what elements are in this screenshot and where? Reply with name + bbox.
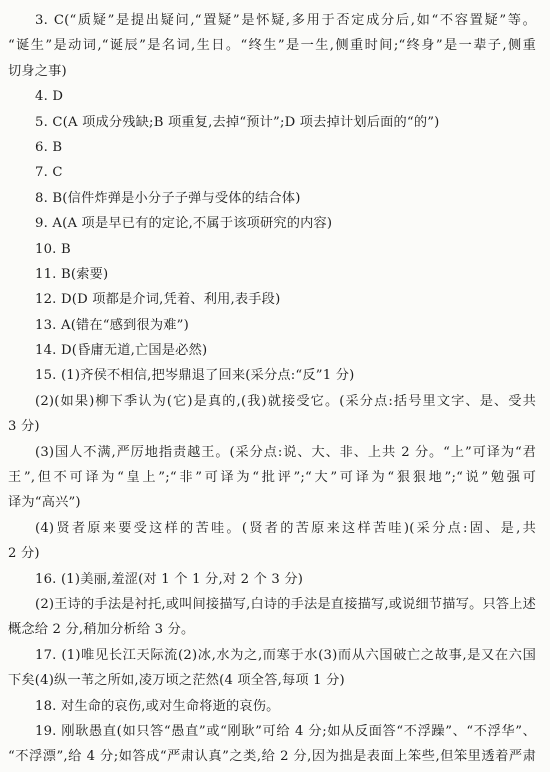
answer-15-part-4-line-1: (4)贤者原来要受这样的苦哇。(贤者的苦原来这样苦哇)(采分点:固、是,共: [8, 516, 536, 541]
answer-16-part-2-line-1: (2)王诗的手法是衬托,或叫间接描写,白诗的手法是直接描写,或说细节描写。只答上…: [8, 592, 536, 617]
answer-15-part-3-line-3: 译为“高兴”): [8, 490, 536, 515]
answer-15-part-3-line-2: 王”,但不可译为“皇上”;“非”可译为“批评”;“大”可译为“狠狠地”;“说”勉…: [8, 465, 536, 490]
answer-5: 5. C(A 项成分残缺;B 项重复,去掉“预计”;D 项去掉计划后面的“的”): [8, 110, 536, 135]
answer-6: 6. B: [8, 135, 536, 160]
answer-11: 11. B(索要): [8, 262, 536, 287]
answer-16-part-1: 16. (1)美丽,羞涩(对 1 个 1 分,对 2 个 3 分): [8, 567, 536, 592]
answer-14: 14. D(昏庸无道,亡国是必然): [8, 338, 536, 363]
answer-15-part-4-line-2: 2 分): [8, 541, 536, 566]
answer-3-line-3: 切身之事): [8, 59, 536, 84]
answer-3-line-1: 3. C(“质疑”是提出疑问,“置疑”是怀疑,多用于否定成分后,如“不容置疑”等…: [8, 8, 536, 33]
answer-17-line-1: 17. (1)唯见长江天际流(2)冰,水为之,而寒于水(3)而从六国破亡之故事,…: [8, 643, 536, 668]
answer-15-part-1: 15. (1)齐侯不相信,把岑鼎退了回来(采分点:“反”1 分): [8, 363, 536, 388]
answer-3-line-2: “诞生”是动词,“诞辰”是名词,生日。“终生”是一生,侧重时间;“终身”是一辈子…: [8, 33, 536, 58]
answer-15-part-3-line-1: (3)国人不满,严厉地指责越王。(采分点:说、大、非、上共 2 分。“上”可译为…: [8, 440, 536, 465]
answer-15-part-2-line-2: 3 分): [8, 414, 536, 439]
answer-15-part-2-line-1: (2)(如果)柳下季认为(它)是真的,(我)就接受它。(采分点:括号里文字、是、…: [8, 389, 536, 414]
answer-17-line-2: 下矣(4)纵一苇之所如,凌万顷之茫然(4 项全答,每项 1 分): [8, 668, 536, 693]
answer-10: 10. B: [8, 237, 536, 262]
answer-8: 8. B(信件炸弹是小分子子弹与受体的结合体): [8, 186, 536, 211]
answer-19-line-2: “不浮漂”,给 4 分;如答成“严肃认真”之类,给 2 分,因为拙是表面上笨些,…: [8, 744, 536, 769]
answer-16-part-2-line-2: 概念给 2 分,稍加分析给 3 分。: [8, 617, 536, 642]
answer-12: 12. D(D 项都是介词,凭着、利用,表手段): [8, 287, 536, 312]
answer-4: 4. D: [8, 84, 536, 109]
answer-19-line-1: 19. 刚耿愚直(如只答“愚直”或“刚耿”可给 4 分;如从反面答“不浮躁”、“…: [8, 719, 536, 744]
answer-9: 9. A(A 项是早已有的定论,不属于该项研究的内容): [8, 211, 536, 236]
answer-13: 13. A(错在“感到很为难”): [8, 313, 536, 338]
answer-key-page: 3. C(“质疑”是提出疑问,“置疑”是怀疑,多用于否定成分后,如“不容置疑”等…: [0, 0, 550, 772]
answer-7: 7. C: [8, 160, 536, 185]
answer-18: 18. 对生命的哀伤,或对生命将逝的哀伤。: [8, 694, 536, 719]
